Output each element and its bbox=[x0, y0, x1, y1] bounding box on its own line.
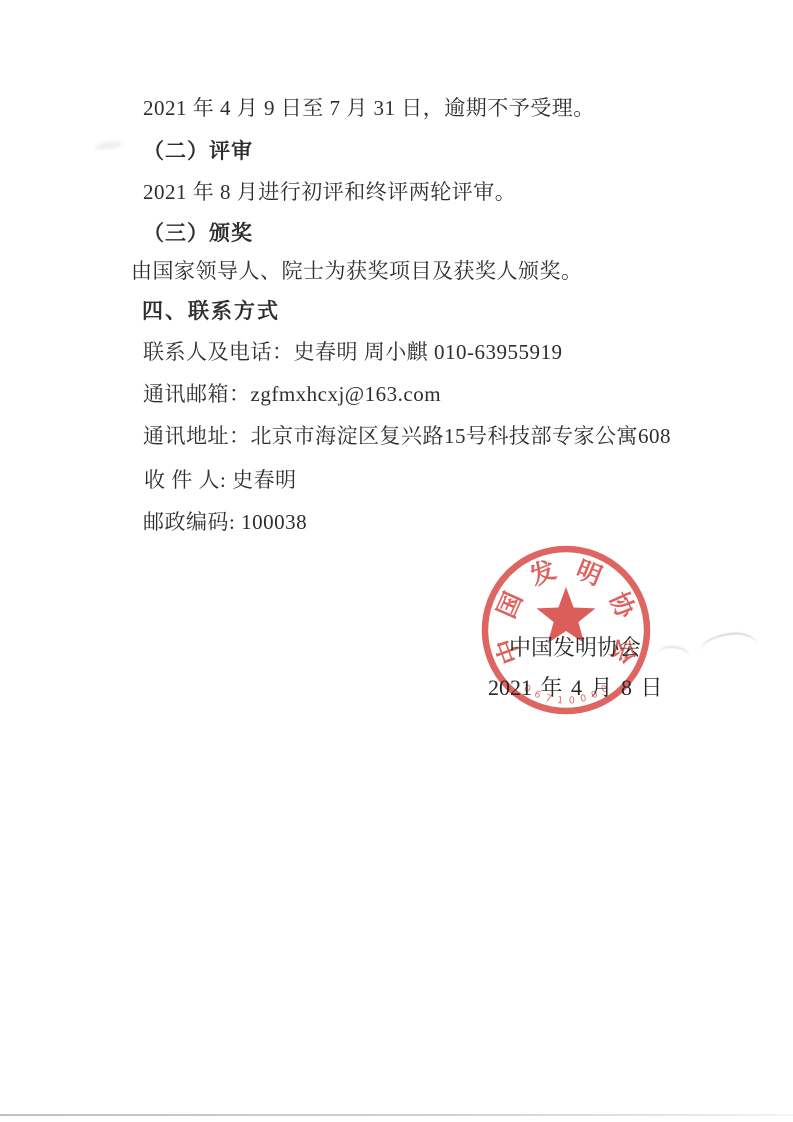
seal-arc-char: 国 bbox=[492, 588, 528, 622]
paragraph-deadline: 2021 年 4 月 9 日至 7 月 31 日，逾期不予受理。 bbox=[143, 96, 595, 120]
contact-address: 通讯地址：北京市海淀区复兴路15号科技部专家公寓608 bbox=[143, 424, 671, 448]
scan-smudge bbox=[658, 644, 691, 657]
scan-smudge bbox=[700, 631, 759, 651]
heading-award: （三）颁奖 bbox=[143, 221, 253, 245]
heading-contact: 四、联系方式 bbox=[142, 300, 280, 324]
signature-organization: 中国发明协会 bbox=[509, 636, 641, 660]
contact-email: 通讯邮箱：zgfmxhcxj@163.com bbox=[143, 382, 441, 406]
paragraph-award: 由国家领导人、院士为获奖项目及获奖人颁奖。 bbox=[131, 259, 583, 283]
paragraph-review: 2021 年 8 月进行初评和终评两轮评审。 bbox=[143, 180, 516, 204]
heading-review: （二）评审 bbox=[143, 139, 253, 163]
document-page: 2021 年 4 月 9 日至 7 月 31 日，逾期不予受理。 （二）评审 2… bbox=[0, 0, 793, 1122]
seal-arc-char: 明 bbox=[572, 556, 606, 591]
contact-postcode: 邮政编码: 100038 bbox=[143, 510, 307, 534]
scan-smudge bbox=[95, 140, 124, 151]
signature-date: 2021 年 4 月 8 日 bbox=[488, 676, 663, 700]
contact-phone: 联系人及电话：史春明 周小麒 010-63955919 bbox=[143, 340, 563, 364]
scan-edge-line bbox=[0, 1114, 793, 1116]
contact-recipient: 收 件 人: 史春明 bbox=[144, 468, 297, 492]
